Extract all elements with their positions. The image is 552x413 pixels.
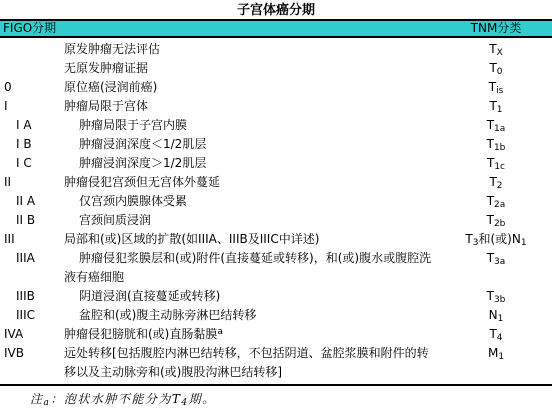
figo-stage-cell — [0, 59, 64, 78]
table-row: I肿瘤局限于宫体T1 — [0, 97, 552, 116]
description-cell: 阴道浸润(直接蔓延或转移) — [64, 287, 440, 306]
tnm-cell: T3和(或)N1 — [440, 230, 552, 249]
description-cell: 盆腔和(或)腹主动脉旁淋巴结转移 — [64, 306, 440, 325]
figo-stage-cell: I B — [0, 135, 64, 154]
figo-stage-cell: II B — [0, 211, 64, 230]
description-cell: 仅宫颈内膜腺体受累 — [64, 192, 440, 211]
figo-stage-cell — [0, 40, 64, 59]
description-cell: 肿瘤浸润深度＞1/2肌层 — [64, 154, 440, 173]
description-cell: 肿瘤侵犯宫颈但无宫体外蔓延 — [64, 173, 440, 192]
table-row: 无原发肿瘤证据T0 — [0, 59, 552, 78]
figo-stage-cell: II — [0, 173, 64, 192]
figo-stage-cell: II A — [0, 192, 64, 211]
page-title: 子宫体癌分期 — [0, 0, 552, 19]
tnm-cell: Tis — [440, 78, 552, 97]
tnm-cell: T2a — [440, 192, 552, 211]
table-row: II B宫颈间质浸润T2b — [0, 211, 552, 230]
description-cell: 肿瘤局限于宫体 — [64, 97, 440, 116]
table-header-row: FIGO分期 TNM分类 — [0, 21, 552, 38]
figo-stage-cell: 0 — [0, 78, 64, 97]
tnm-cell: T4 — [440, 325, 552, 344]
table-row: IVA肿瘤侵犯膀胱和(或)直肠黏膜aT4 — [0, 325, 552, 344]
figo-stage-cell: IIIC — [0, 306, 64, 325]
table-row: IIIA肿瘤侵犯浆膜层和(或)附件(直接蔓延或转移)，和(或)腹水或腹腔洗液有癌… — [0, 249, 552, 287]
tnm-cell: N1 — [440, 306, 552, 325]
table-row: 0原位癌(浸润前癌)Tis — [0, 78, 552, 97]
table-row: I B肿瘤浸润深度＜1/2肌层T1b — [0, 135, 552, 154]
description-cell: 肿瘤侵犯膀胱和(或)直肠黏膜a — [64, 325, 440, 344]
table-row: II A仅宫颈内膜腺体受累T2a — [0, 192, 552, 211]
description-cell: 无原发肿瘤证据 — [64, 59, 440, 78]
description-cell: 肿瘤局限于子宫内膜 — [64, 116, 440, 135]
table-row: III局部和(或)区域的扩散(如IIIA、IIIB及IIIC中详述)T3和(或)… — [0, 230, 552, 249]
tnm-cell: T1a — [440, 116, 552, 135]
tnm-cell: T3b — [440, 287, 552, 306]
document-page: 子宫体癌分期 FIGO分期 TNM分类 原发肿瘤无法评估TX无原发肿瘤证据T00… — [0, 0, 552, 413]
tnm-cell: T2 — [440, 173, 552, 192]
staging-table: FIGO分期 TNM分类 原发肿瘤无法评估TX无原发肿瘤证据T00原位癌(浸润前… — [0, 19, 552, 386]
tnm-cell: TX — [440, 40, 552, 59]
tnm-cell: T1b — [440, 135, 552, 154]
description-cell: 局部和(或)区域的扩散(如IIIA、IIIB及IIIC中详述) — [64, 230, 440, 249]
table-row: IVB远处转移[包括腹腔内淋巴结转移，不包括阴道、盆腔浆膜和附件的转移以及主动脉… — [0, 344, 552, 382]
description-cell: 远处转移[包括腹腔内淋巴结转移，不包括阴道、盆腔浆膜和附件的转移以及主动脉旁和(… — [64, 344, 440, 382]
figo-stage-cell: IVB — [0, 344, 64, 382]
tnm-cell: T3a — [440, 249, 552, 287]
description-cell: 原位癌(浸润前癌) — [64, 78, 440, 97]
tnm-cell: M1 — [440, 344, 552, 382]
tnm-cell: T2b — [440, 211, 552, 230]
tnm-cell: T1c — [440, 154, 552, 173]
figo-stage-cell: I — [0, 97, 64, 116]
footnote: 注a：泡状水肿不能分为T4期。 — [0, 386, 552, 407]
figo-stage-cell: I C — [0, 154, 64, 173]
table-row: II肿瘤侵犯宫颈但无宫体外蔓延T2 — [0, 173, 552, 192]
table-row: IIIB阴道浸润(直接蔓延或转移)T3b — [0, 287, 552, 306]
tnm-cell: T0 — [440, 59, 552, 78]
figo-stage-cell: IIIB — [0, 287, 64, 306]
tnm-cell: T1 — [440, 97, 552, 116]
description-cell: 肿瘤侵犯浆膜层和(或)附件(直接蔓延或转移)，和(或)腹水或腹腔洗液有癌细胞 — [64, 249, 440, 287]
description-cell: 肿瘤浸润深度＜1/2肌层 — [64, 135, 440, 154]
header-tnm-label: TNM分类 — [440, 21, 552, 36]
figo-stage-cell: I A — [0, 116, 64, 135]
description-cell: 宫颈间质浸润 — [64, 211, 440, 230]
description-cell: 原发肿瘤无法评估 — [64, 40, 440, 59]
table-row: I C肿瘤浸润深度＞1/2肌层T1c — [0, 154, 552, 173]
table-row: IIIC盆腔和(或)腹主动脉旁淋巴结转移N1 — [0, 306, 552, 325]
figo-stage-cell: IVA — [0, 325, 64, 344]
table-row: I A肿瘤局限于子宫内膜T1a — [0, 116, 552, 135]
figo-stage-cell: III — [0, 230, 64, 249]
table-row: 原发肿瘤无法评估TX — [0, 40, 552, 59]
figo-stage-cell: IIIA — [0, 249, 64, 287]
header-figo-label: FIGO分期 — [0, 21, 56, 36]
table-body: 原发肿瘤无法评估TX无原发肿瘤证据T00原位癌(浸润前癌)TisI肿瘤局限于宫体… — [0, 38, 552, 386]
